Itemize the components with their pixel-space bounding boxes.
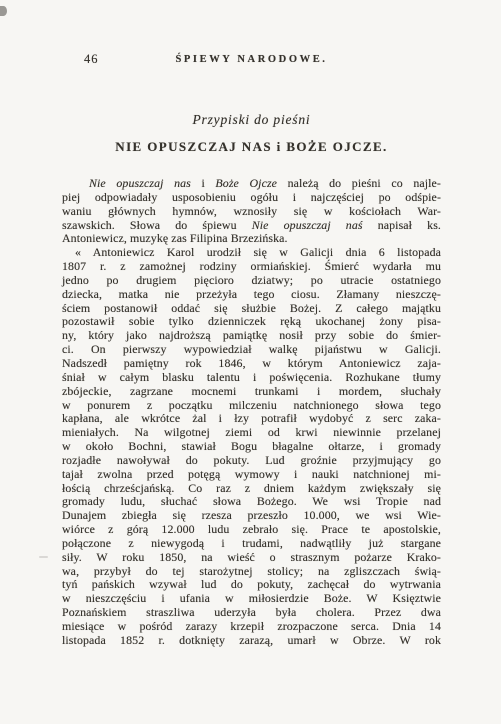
text-line: mieniałych. Na wilgotnej ziemi od krwi n…	[62, 426, 441, 440]
text-line: wa, przybył do tej starożytnej stolicy; …	[62, 565, 441, 579]
text-line: śniał w całym blasku talentu i poświęcen…	[62, 371, 441, 385]
text-line: jedno po drugiem pięcioro dziatwy; po ut…	[62, 274, 441, 288]
text-line: w około Bochni, stawiał Bogu błagalne oł…	[62, 440, 441, 454]
text-line: Antoniewicz, muzykę zas Filipina Brzeziń…	[62, 232, 441, 246]
text-line: tyń pańskich wzywał lud do pokuty, zachę…	[62, 578, 441, 592]
text-line: gromady ludu, słuchać słowa Bożego. We w…	[62, 495, 441, 509]
text-line: rozjadłe nawoływał do pokuty. Lud groźni…	[62, 454, 441, 468]
running-head: ŚPIEWY NARODOWE.	[62, 54, 441, 65]
text-line: połączone z niewygodą i trudami, nadwątl…	[62, 537, 441, 551]
body-text: Nie opuszczaj nas i Boże Ojcze należą do…	[62, 177, 441, 648]
song-title: NIE OPUSZCZAJ NAS i BOŻE OJCZE.	[62, 139, 441, 155]
text-line: ny, który jako najdroższą pamiątkę nosił…	[62, 329, 441, 343]
text-line: Nadszedł pamiętny rok 1846, w którym Ant…	[62, 357, 441, 371]
text-line: Dunajem zbiegła się rzesza przeszło 10.0…	[62, 509, 441, 523]
text-line: wiórce z górą 12.000 ludu zebrało się. P…	[62, 523, 441, 537]
paragraph: Nie opuszczaj nas i Boże Ojcze należą do…	[62, 177, 441, 246]
book-page: 46 ŚPIEWY NARODOWE. Przypiski do pieśni …	[0, 0, 501, 724]
scan-speck-margin	[39, 556, 48, 558]
text-line: ci. On pierwszy wypowiedział walkę pijań…	[62, 343, 441, 357]
text-line: kapłana, ale wkrótce żal i łzy potrafił …	[62, 412, 441, 426]
text-line: pozostawił sobie tylko dzienniczek ręką …	[62, 315, 441, 329]
text-line: w nieszczęściu i ufania w miłosierdzie B…	[62, 592, 441, 606]
text-line: ściem postanowił oddać się służbie Bożej…	[62, 302, 441, 316]
text-line: miesiące w pośród zarazy krzepił zrozpac…	[62, 620, 441, 634]
text-line: w ponurem z początku milczeniu natchnion…	[62, 399, 441, 413]
text-line: piej odpowiadały usposobieniu ogółu i na…	[62, 191, 441, 205]
paragraph: « Antoniewicz Karol urodził się w Galicj…	[62, 246, 441, 647]
text-line: zbójeckie, zagrzane mocnemi trunkami i m…	[62, 385, 441, 399]
section-subtitle: Przypiski do pieśni	[62, 112, 441, 128]
text-line: dziecka, matka nie przeżyła tego ciosu. …	[62, 288, 441, 302]
text-line: siły. W roku 1850, na wieść o strasznym …	[62, 551, 441, 565]
scan-speck-corner	[0, 6, 7, 16]
text-line: 1807 r. z zamożnej rodziny ormiańskiej. …	[62, 260, 441, 274]
text-line: szawskich. Słowa do śpiewu Nie opuszczaj…	[62, 219, 441, 233]
text-line: listopada 1852 r. dotknięty zarazą, umar…	[62, 634, 441, 648]
text-line: łością chrześcjańską. Co raz z dniem każ…	[62, 482, 441, 496]
text-line: tajał zwolna przed potęgą wymowy i nauki…	[62, 468, 441, 482]
text-line: Nie opuszczaj nas i Boże Ojcze należą do…	[62, 177, 441, 191]
text-line: « Antoniewicz Karol urodził się w Galicj…	[62, 246, 441, 260]
text-line: waniu głównych hymnów, wznosiły się w ko…	[62, 205, 441, 219]
text-line: Poznańskiem straszliwa uderzyła była cho…	[62, 606, 441, 620]
